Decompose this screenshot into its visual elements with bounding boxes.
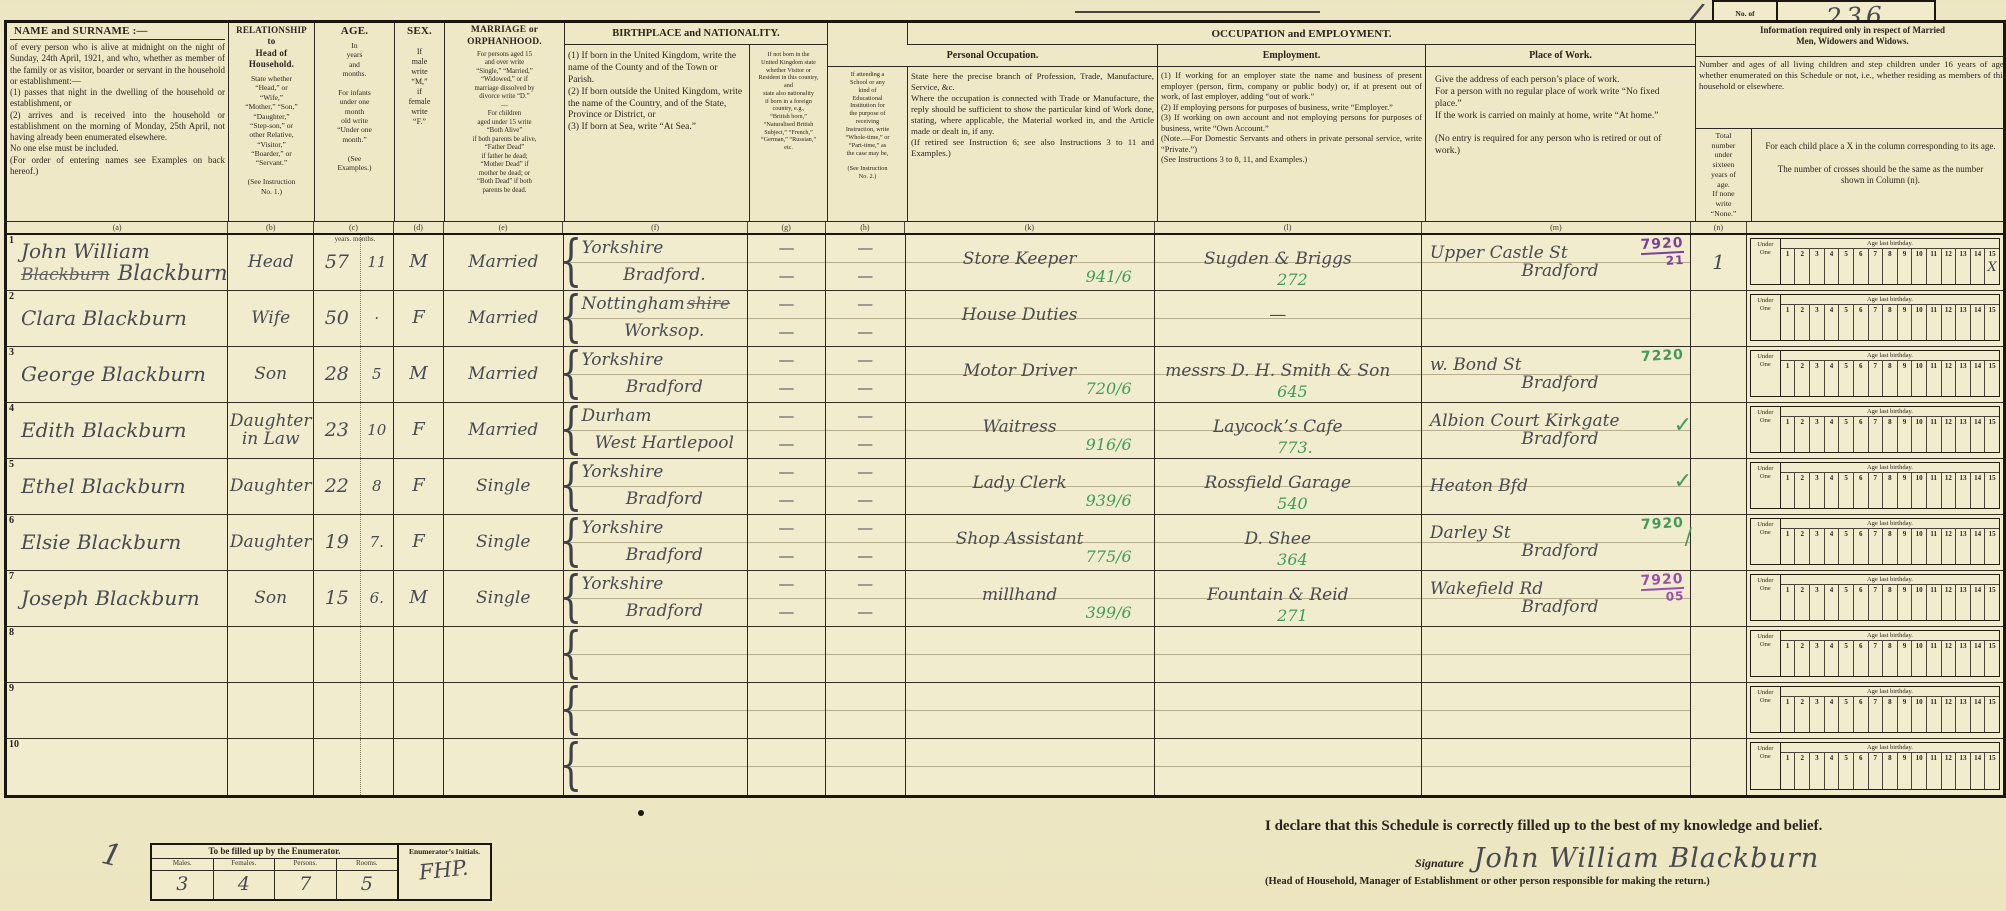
- females-header: Females.: [214, 859, 276, 870]
- brace-mark: {: [559, 285, 581, 349]
- persons-header: Persons.: [275, 859, 337, 870]
- school-dash-2: —: [857, 268, 873, 285]
- rooms-header: Rooms.: [337, 859, 398, 870]
- age-years: 28: [314, 365, 359, 385]
- relationship-cell: Daughter: [228, 459, 314, 514]
- brace-mark: {: [559, 341, 581, 405]
- total-children-cell: [1691, 571, 1747, 626]
- sex-value: M: [409, 253, 427, 272]
- age-cell: 23 10: [314, 403, 394, 458]
- declaration-note: (Head of Household, Manager of Establish…: [1265, 876, 1995, 887]
- stamp-number-2: 21: [1641, 251, 1685, 268]
- school-cell: — —: [826, 571, 906, 626]
- total-children-cell: [1691, 291, 1747, 346]
- stamp-number: 7220: [1641, 347, 1685, 365]
- age-cell: 19 7.: [314, 515, 394, 570]
- age-last-birthday-label: Age last birthday.: [1781, 631, 1999, 640]
- persons-value: 7: [275, 871, 337, 899]
- row-number: 3: [9, 347, 14, 358]
- place-of-work-cell: w. Bond St Bradford 7220: [1422, 347, 1691, 402]
- nationality-dashes: — —: [748, 459, 825, 514]
- nationality-cell: — —: [748, 347, 826, 402]
- children-ages-cell: Under One Age last birthday. 12345678910…: [1747, 515, 2003, 570]
- children-ages-cell: Under One Age last birthday. 12345678910…: [1747, 459, 2003, 514]
- under-one-label: Under One: [1751, 239, 1781, 284]
- name-cell: 8: [7, 627, 228, 682]
- table-header: NAME and SURNAME :— of every person who …: [7, 23, 2003, 233]
- table-row: 5 Ethel Blackburn Daughter 22 8 F Single…: [7, 459, 2003, 515]
- age-mark-row: [1781, 428, 1999, 452]
- birth-town-line: Bradford: [582, 375, 747, 401]
- birth-town: Bradford: [626, 547, 703, 565]
- birth-county-struck: shire: [687, 296, 730, 314]
- relationship-value: Wife: [251, 310, 290, 328]
- relationship-value: Daughter: [230, 413, 312, 431]
- brace-mark: {: [559, 565, 581, 629]
- birth-county-line: [582, 684, 747, 710]
- age-number-row: 123456789101112131415: [1781, 248, 1999, 260]
- birth-county-line: Durham: [582, 404, 747, 430]
- place-of-work-cell: Wakefield Rd Bradford 7920 05: [1422, 571, 1691, 626]
- birthplace-cell: {: [564, 739, 748, 795]
- nationality-cell: [748, 683, 826, 738]
- occupation-cell: [906, 683, 1155, 738]
- children-ages-cell: Under One Age last birthday. 12345678910…: [1747, 291, 2003, 346]
- nationality-dash-1: —: [778, 576, 794, 593]
- row-number: 10: [9, 739, 19, 750]
- stamp-number: 7920: [1640, 571, 1684, 589]
- age-number-row: 123456789101112131415: [1781, 360, 1999, 372]
- sex-cell: F: [394, 291, 444, 346]
- marriage-cell: Single: [444, 459, 564, 514]
- name-rewritten: Blackburn: [118, 262, 228, 284]
- brace-mark: {: [559, 453, 581, 517]
- birth-county: Yorkshire: [582, 520, 664, 538]
- age-months: 6.: [360, 571, 394, 626]
- occupation-cell: Motor Driver 720/6: [906, 347, 1155, 402]
- name-column-title: NAME and SURNAME :—: [10, 25, 225, 40]
- under-one-label: Under One: [1751, 575, 1781, 620]
- married-banner-text: Information required only in respect of …: [1699, 25, 2006, 48]
- age-cell: 50 ·: [314, 291, 394, 346]
- age-cell: [314, 683, 394, 738]
- sex-cell: M: [394, 571, 444, 626]
- stamp-number: 7920: [1640, 235, 1684, 253]
- nationality-cell: — —: [748, 515, 826, 570]
- age-last-birthday-label: Age last birthday.: [1781, 295, 1999, 304]
- school-dash-1: —: [857, 296, 873, 313]
- reference-stamp: 7220: [1641, 348, 1685, 364]
- children-ages-cell: Under One Age last birthday. 12345678910…: [1747, 683, 2003, 738]
- age-columns: Age last birthday. 123456789101112131415: [1781, 687, 1999, 732]
- occupation-code: 399/6: [1086, 603, 1132, 622]
- occupation-cell: [906, 739, 1155, 795]
- reference-stamp: 7920 05: [1640, 572, 1684, 604]
- nationality-dash-2: —: [778, 492, 794, 509]
- occupation-value: [1014, 708, 1046, 714]
- birth-county: Yorkshire: [582, 352, 664, 370]
- age-subheader: years. months.: [315, 235, 395, 243]
- reference-stamp: 7920 21: [1640, 236, 1684, 268]
- marriage-column-title: MARRIAGE or ORPHANHOOD.: [448, 25, 561, 49]
- occupation-code: 775/6: [1086, 547, 1132, 566]
- employer-code: 271: [1277, 606, 1308, 625]
- header-personal-occupation: State here the precise branch of Profess…: [908, 67, 1158, 221]
- children-ages-cell: Under One Age last birthday. 12345678910…: [1747, 235, 2003, 290]
- signature-label: Signature: [1415, 856, 1464, 871]
- age-months: [360, 627, 394, 682]
- birth-county: Durham: [582, 408, 652, 426]
- under-one-label: Under One: [1751, 295, 1781, 340]
- table-body: years. months. 1 John William Blackburn …: [7, 233, 2003, 795]
- children-age-grid: Under One Age last birthday. 12345678910…: [1750, 686, 2000, 733]
- header-school: If attending a School or any kind of Edu…: [828, 67, 908, 221]
- age-months: 7.: [360, 515, 394, 570]
- relationship-cell: Daughter: [228, 515, 314, 570]
- age-years: 57: [314, 253, 359, 273]
- census-form-table: NAME and SURNAME :— of every person who …: [4, 20, 2006, 798]
- nationality-dashes: — —: [748, 291, 825, 346]
- name-line1: Joseph Blackburn: [21, 588, 227, 609]
- school-dash-2: —: [857, 604, 873, 621]
- employment-desc: (1) If working for an employer state the…: [1161, 71, 1422, 166]
- under-one-label: Under One: [1751, 463, 1781, 508]
- occupation-value: Motor Driver: [957, 363, 1102, 387]
- birthplace-uk-desc: (1) If born in the United Kingdom, write…: [568, 51, 746, 134]
- name-line1: John William: [21, 241, 227, 262]
- birth-county: Yorkshire: [582, 576, 664, 594]
- nationality-dash-2: —: [778, 380, 794, 397]
- marriage-cell: [444, 739, 564, 795]
- birth-town-line: Bradford: [582, 487, 747, 513]
- age-cell: 22 8: [314, 459, 394, 514]
- age-mark-row: [1781, 652, 1999, 676]
- birth-town: Bradford: [626, 379, 703, 397]
- place-of-work-cell: Albion Court Kirkgate Bradford ✓: [1422, 403, 1691, 458]
- birth-town-line: Bradford.: [582, 263, 747, 289]
- age-last-birthday-label: Age last birthday.: [1781, 407, 1999, 416]
- marriage-cell: Married: [444, 291, 564, 346]
- school-dash-1: —: [857, 240, 873, 257]
- school-cell: [826, 627, 906, 682]
- declaration-block: I declare that this Schedule is correctl…: [1265, 818, 1995, 887]
- age-last-birthday-label: Age last birthday.: [1781, 575, 1999, 584]
- work-address-line2: Bradford: [1430, 431, 1690, 449]
- relationship-value: Son: [254, 590, 287, 608]
- employer-cell: [1155, 739, 1422, 795]
- school-dashes: — —: [826, 459, 905, 514]
- marriage-value: Married: [468, 422, 538, 440]
- sex-cell: F: [394, 515, 444, 570]
- total-children-cell: [1691, 459, 1747, 514]
- birth-town: West Hartlepool: [595, 435, 734, 453]
- age-column-desc: In years and months. For infants under o…: [318, 41, 391, 172]
- place-of-work-cell: Darley St Bradford 7920 /: [1422, 515, 1691, 570]
- age-months: 5: [360, 347, 394, 402]
- marriage-cell: Single: [444, 571, 564, 626]
- birth-town: Bradford.: [623, 267, 706, 285]
- table-row: 9 {: [7, 683, 2003, 739]
- name-line1: Clara Blackburn: [21, 308, 227, 329]
- age-columns: Age last birthday. 123456789101112131415: [1781, 351, 1999, 396]
- total-children-cell: [1691, 515, 1747, 570]
- employer-cell: Laycock’s Cafe 773.: [1155, 403, 1422, 458]
- relationship-value: Daughter: [230, 534, 312, 552]
- employer-cell: messrs D. H. Smith & Son 645: [1155, 347, 1422, 402]
- school-dashes: [826, 683, 905, 738]
- row-number: 6: [9, 515, 14, 526]
- school-desc: If attending a School or any kind of Edu…: [831, 71, 904, 181]
- check-mark: /: [1685, 525, 1692, 550]
- school-cell: — —: [826, 235, 906, 290]
- place-of-work-cell: [1422, 739, 1691, 795]
- enumerator-box: To be filled up by the Enumerator. Males…: [150, 843, 492, 901]
- age-years: 23: [314, 421, 359, 441]
- school-cell: — —: [826, 459, 906, 514]
- males-value: 3: [152, 871, 214, 899]
- header-marriage-column: MARRIAGE or ORPHANHOOD. For persons aged…: [445, 23, 565, 221]
- children-age-grid: Under One Age last birthday. 12345678910…: [1750, 406, 2000, 453]
- declaration-text: I declare that this Schedule is correctl…: [1265, 818, 1995, 835]
- birthplace-cell: {: [564, 683, 748, 738]
- nationality-dash-2: —: [778, 268, 794, 285]
- birth-town-line: Worksop.: [582, 319, 747, 345]
- age-columns: Age last birthday. 123456789101112131415: [1781, 575, 1999, 620]
- relationship-cell: [228, 627, 314, 682]
- birthplace-cell: { Yorkshire Bradford: [564, 571, 748, 626]
- age-column-title: AGE.: [318, 25, 391, 37]
- occupation-value: Lady Clerk: [966, 475, 1092, 499]
- table-row: 2 Clara Blackburn Wife 50 · F Married { …: [7, 291, 2003, 347]
- age-mark-row: [1781, 484, 1999, 508]
- sex-cell: [394, 683, 444, 738]
- age-last-birthday-label: Age last birthday.: [1781, 519, 1999, 528]
- under-one-label: Under One: [1751, 519, 1781, 564]
- brace-mark: {: [559, 677, 581, 741]
- age-months: [360, 739, 394, 795]
- relationship-cell: Wife: [228, 291, 314, 346]
- sex-cell: F: [394, 459, 444, 514]
- enumerator-title: To be filled up by the Enumerator.: [152, 845, 397, 859]
- name-cell: 4 Edith Blackburn: [7, 403, 228, 458]
- stamp-number-2: 05: [1641, 587, 1685, 604]
- header-place-of-work: Give the address of each person’s place …: [1426, 67, 1696, 221]
- children-age-grid: Under One Age last birthday. 12345678910…: [1750, 462, 2000, 509]
- children-intro-text: Number and ages of all living children a…: [1699, 59, 2006, 92]
- name-cell: 7 Joseph Blackburn: [7, 571, 228, 626]
- children-intro-cell: Number and ages of all living children a…: [1696, 57, 2006, 129]
- relationship-cell: Head: [228, 235, 314, 290]
- total-under16-desc: Total number under sixteen years of age.…: [1699, 131, 1748, 219]
- ink-dot: [638, 810, 644, 816]
- occupation-cell: Lady Clerk 939/6: [906, 459, 1155, 514]
- work-address-line1: Albion Court Kirkgate: [1430, 413, 1690, 431]
- brace-mark: {: [559, 733, 581, 797]
- personal-occupation-banner: Personal Occupation.: [828, 45, 1158, 67]
- employer-code: 272: [1277, 270, 1308, 289]
- enumerator-initials-value: FHP.: [397, 853, 492, 903]
- name-cell: 1 John William Blackburn Blackburn: [7, 235, 228, 290]
- place-of-work-desc: Give the address of each person’s place …: [1429, 75, 1692, 158]
- header-relationship-column: RELATIONSHIP to Head of Household. State…: [229, 23, 315, 221]
- enumerator-values: 3 4 7 5: [152, 871, 397, 899]
- children-ages-cell: Under One Age last birthday. 12345678910…: [1747, 627, 2003, 682]
- table-row: 8 {: [7, 627, 2003, 683]
- place-of-work-cell: Heaton Bfd ✓: [1422, 459, 1691, 514]
- school-dash-2: —: [857, 380, 873, 397]
- name-cell: 10: [7, 739, 228, 795]
- children-ages-cell: Under One Age last birthday. 12345678910…: [1747, 739, 2003, 795]
- row-number: 2: [9, 291, 14, 302]
- sex-column-desc: If male write “M,” if female write “F.”: [398, 47, 441, 127]
- stamp-number: 7920: [1641, 515, 1685, 533]
- sex-cell: M: [394, 347, 444, 402]
- nationality-cell: — —: [748, 235, 826, 290]
- birth-county-line: Nottingham shire: [582, 292, 747, 318]
- signature-handwritten: John William Blackburn: [1474, 843, 1820, 874]
- children-ages-cell: Under One Age last birthday. 12345678910…: [1747, 347, 2003, 402]
- school-dash-1: —: [857, 352, 873, 369]
- age-mark-row: [1781, 372, 1999, 396]
- school-cell: — —: [826, 515, 906, 570]
- school-dashes: — —: [826, 291, 905, 346]
- nationality-cell: — —: [748, 459, 826, 514]
- place-of-work-cell: [1422, 291, 1691, 346]
- children-age-grid: Under One Age last birthday. 12345678910…: [1750, 574, 2000, 621]
- table-row: 6 Elsie Blackburn Daughter 19 7. F Singl…: [7, 515, 2003, 571]
- age-mark-row: X: [1781, 260, 1999, 284]
- brace-mark: {: [559, 229, 581, 293]
- age-last-birthday-label: Age last birthday.: [1781, 687, 1999, 696]
- birthplace-cell: {: [564, 627, 748, 682]
- school-dash-1: —: [857, 408, 873, 425]
- age-number-row: 123456789101112131415: [1781, 472, 1999, 484]
- under-one-label: Under One: [1751, 687, 1781, 732]
- employer-cell: Fountain & Reid 271: [1155, 571, 1422, 626]
- school-cell: — —: [826, 347, 906, 402]
- employer-cell: —: [1155, 291, 1422, 346]
- age-number-row: 123456789101112131415: [1781, 696, 1999, 708]
- married-info-banner: Information required only in respect of …: [1696, 23, 2006, 57]
- relationship-column-desc: State whether “Head,” or “Wife,” “Mother…: [232, 74, 311, 196]
- children-x-desc: For each child place a X in the column c…: [1755, 141, 2006, 186]
- table-row: 1 John William Blackburn Blackburn Head …: [7, 235, 2003, 291]
- sex-cell: F: [394, 403, 444, 458]
- name-line1: Elsie Blackburn: [21, 532, 227, 553]
- occupation-code: 939/6: [1086, 491, 1132, 510]
- brace-mark: {: [559, 621, 581, 685]
- work-address-line2: Bradford: [1430, 375, 1690, 393]
- marriage-cell: [444, 683, 564, 738]
- age-number-row: 123456789101112131415: [1781, 416, 1999, 428]
- header-employment: (1) If working for an employer state the…: [1158, 67, 1426, 221]
- row-number: 5: [9, 459, 14, 470]
- nationality-dashes: [748, 739, 825, 795]
- nationality-dash-1: —: [778, 464, 794, 481]
- total-children-cell: [1691, 683, 1747, 738]
- table-row: 4 Edith Blackburn Daughter in Law 23 10 …: [7, 403, 2003, 459]
- row-number: 9: [9, 683, 14, 694]
- relationship-value: Head: [248, 254, 294, 272]
- school-cell: — —: [826, 403, 906, 458]
- nationality-dashes: — —: [748, 235, 825, 290]
- birth-county: Yorkshire: [582, 464, 664, 482]
- sex-value: F: [412, 309, 425, 328]
- name-cell: 3 George Blackburn: [7, 347, 228, 402]
- employer-value: —: [1263, 307, 1312, 331]
- total-children-cell: 1: [1691, 235, 1747, 290]
- occupation-value: Store Keeper: [957, 251, 1103, 275]
- age-months: ·: [360, 291, 394, 346]
- age-months: [360, 683, 394, 738]
- place-of-work-cell: Upper Castle St Bradford 7920 21: [1422, 235, 1691, 290]
- nationality-cell: — —: [748, 291, 826, 346]
- school-dashes: — —: [826, 403, 905, 458]
- relationship-value: Daughter: [230, 478, 312, 496]
- birth-county-line: Yorkshire: [582, 236, 747, 262]
- occupation-cell: Store Keeper 941/6: [906, 235, 1155, 290]
- name-column-desc: of every person who is alive at midnight…: [10, 42, 225, 177]
- age-mark-row: [1781, 316, 1999, 340]
- males-header: Males.: [152, 859, 214, 870]
- children-age-grid: Under One Age last birthday. 12345678910…: [1750, 294, 2000, 341]
- under-one-label: Under One: [1751, 351, 1781, 396]
- nationality-dashes: — —: [748, 515, 825, 570]
- school-dash-2: —: [857, 324, 873, 341]
- age-last-birthday-label: Age last birthday.: [1781, 239, 1999, 248]
- age-columns: Age last birthday. 123456789101112131415: [1781, 463, 1999, 508]
- row-number: 7: [9, 571, 14, 582]
- children-ages-cell: Under One Age last birthday. 12345678910…: [1747, 571, 2003, 626]
- nationality-dashes: [748, 683, 825, 738]
- place-of-work-cell: [1422, 683, 1691, 738]
- females-value: 4: [214, 871, 276, 899]
- nationality-desc: If not born in the United Kingdom state …: [753, 51, 824, 152]
- birth-county-line: Yorkshire: [582, 516, 747, 542]
- sex-cell: [394, 627, 444, 682]
- marriage-cell: Single: [444, 515, 564, 570]
- employer-cell: Rossfield Garage 540: [1155, 459, 1422, 514]
- sex-value: M: [409, 365, 427, 384]
- birthplace-cell: { Yorkshire Bradford.: [564, 235, 748, 290]
- employer-cell: [1155, 683, 1422, 738]
- birth-town: Bradford: [626, 491, 703, 509]
- nationality-dash-1: —: [778, 352, 794, 369]
- sex-column-title: SEX.: [398, 25, 441, 37]
- birthplace-cell: { Durham West Hartlepool: [564, 403, 748, 458]
- school-dash-2: —: [857, 492, 873, 509]
- enumerator-column-headers: Males. Females. Persons. Rooms.: [152, 859, 397, 871]
- total-children-cell: [1691, 403, 1747, 458]
- age-columns: Age last birthday. 123456789101112131415: [1781, 407, 1999, 452]
- employer-value: [1272, 652, 1304, 658]
- employer-cell: [1155, 627, 1422, 682]
- header-sex-column: SEX. If male write “M,” if female write …: [395, 23, 445, 221]
- school-cell: — —: [826, 291, 906, 346]
- sex-value: F: [412, 533, 425, 552]
- table-row: 10 {: [7, 739, 2003, 795]
- occupation-cell: Shop Assistant 775/6: [906, 515, 1155, 570]
- marriage-column-desc: For persons aged 15 and over write “Sing…: [448, 51, 561, 195]
- school-dashes: — —: [826, 347, 905, 402]
- age-number-row: 123456789101112131415: [1781, 752, 1999, 764]
- birth-town-line: Bradford: [582, 599, 747, 625]
- name-struck-out: Blackburn: [21, 267, 110, 285]
- birth-town-line: [582, 711, 747, 737]
- occupation-cell: [906, 627, 1155, 682]
- nationality-dash-1: —: [778, 240, 794, 257]
- age-number-row: 123456789101112131415: [1781, 584, 1999, 596]
